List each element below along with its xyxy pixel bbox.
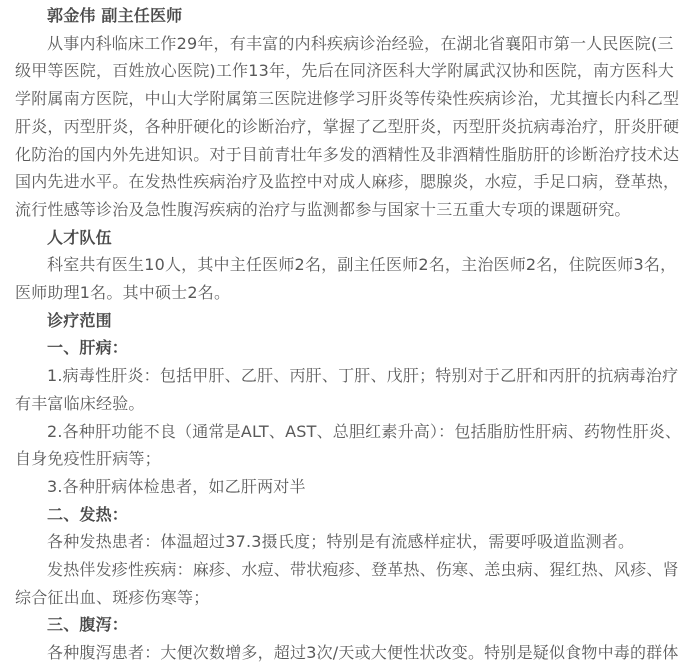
doctor-intro-paragraph: 从事内科临床工作29年，有丰富的内科疾病诊治经验，在湖北省襄阳市第一人民医院(三… (15, 30, 686, 224)
liver-item-1: 1.病毒性肝炎：包括甲肝、乙肝、丙肝、丁肝、戊肝；特别对于乙肝和丙肝的抗病毒治疗… (15, 362, 686, 417)
doctor-profile-article: 郭金伟 副主任医师 从事内科临床工作29年，有丰富的内科疾病诊治经验，在湖北省襄… (0, 0, 698, 667)
section-heading-team: 人才队伍 (15, 224, 686, 252)
subsection-heading-diarrhea: 三、腹泻： (15, 611, 686, 639)
subsection-heading-fever: 二、发热： (15, 501, 686, 529)
fever-item-2: 发热伴发疹性疾病：麻疹、水痘、带状疱疹、登革热、伤寒、恙虫病、猩红热、风疹、肾综… (15, 556, 686, 611)
liver-item-3: 3.各种肝病体检患者，如乙肝两对半 (15, 473, 686, 501)
team-paragraph: 科室共有医生10人，其中主任医师2名，副主任医师2名，主治医师2名，住院医师3名… (15, 251, 686, 306)
subsection-heading-liver: 一、肝病： (15, 334, 686, 362)
liver-item-2: 2.各种肝功能不良（通常是ALT、AST、总胆红素升高）：包括脂肪性肝病、药物性… (15, 418, 686, 473)
diarrhea-item-1: 各种腹泻患者：大便次数增多，超过3次/天或大便性状改变。特别是疑似食物中毒的群体 (15, 639, 686, 667)
section-heading-scope: 诊疗范围 (15, 307, 686, 335)
doctor-title: 郭金伟 副主任医师 (15, 2, 686, 30)
fever-item-1: 各种发热患者：体温超过37.3摄氏度；特别是有流感样症状，需要呼吸道监测者。 (15, 528, 686, 556)
